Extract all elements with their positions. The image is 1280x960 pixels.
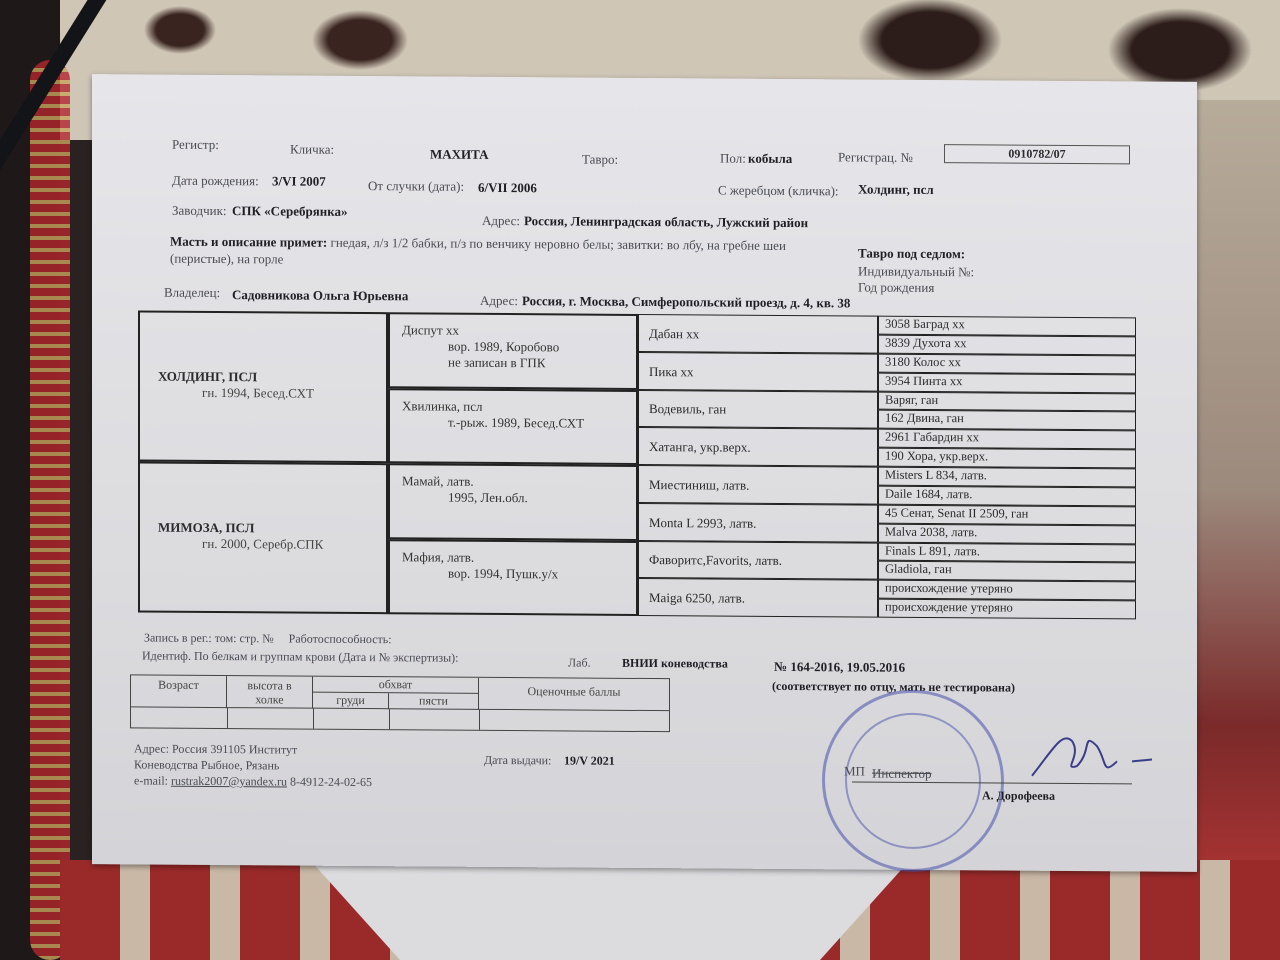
gen4-cell: происхождение утеряно: [878, 599, 1136, 620]
regnum-box: 0910782/07: [944, 144, 1130, 164]
email-link[interactable]: rustrak2007@yandex.ru: [171, 774, 287, 789]
gen4-cell: Gladiola, ган: [878, 561, 1136, 582]
stallion-label: С жеребцом (кличка):: [718, 183, 839, 200]
regnum-label: Регистрац. №: [838, 149, 913, 166]
regnum-value: 0910782/07: [1008, 147, 1065, 161]
brand-label: Тавро:: [582, 152, 618, 168]
lab-label: Лаб.: [568, 655, 591, 670]
issue-date-label: Дата выдачи:: [484, 753, 551, 768]
birth-year-label: Год рождения: [858, 279, 934, 296]
mating-value: 6/VII 2006: [478, 180, 537, 196]
gen4-cell: 190 Хора, укр.верх.: [878, 448, 1136, 469]
email-label: e-mail:: [134, 773, 168, 787]
owner-label: Владелец:: [164, 285, 220, 301]
col-age: Возраст: [131, 675, 227, 708]
grandparent-name: Мамай, латв.: [402, 473, 636, 491]
mating-label: От случки (дата):: [368, 178, 464, 195]
registry-line: Запись в рег.: том: стр. № Работоспособн…: [144, 631, 392, 648]
grandparent-info1: вор. 1994, Пушк.у/х: [402, 565, 636, 583]
gen4-cell: 2961 Габардин хх: [878, 429, 1136, 450]
registry-text: Запись в рег.: том: стр. №: [144, 631, 274, 646]
issue-date-value: 19/V 2021: [564, 753, 615, 768]
gen4-cell: Misters L 834, латв.: [878, 467, 1136, 488]
gen3-cell: Пика хх: [638, 352, 878, 391]
contact-line: e-mail: rustrak2007@yandex.ru 8-4912-24-…: [134, 772, 434, 790]
gen4-cell: 162 Двина, ган: [878, 410, 1136, 431]
grandparent-cell: Диспут ххвор. 1989, Коробовоне записан в…: [388, 312, 638, 389]
workability-label: Работоспособность:: [289, 632, 392, 647]
row-divider: [389, 709, 390, 729]
gen3-cell: Maiga 6250, латв.: [638, 578, 878, 617]
breeder-value: СПК «Серебрянка»: [232, 203, 348, 220]
gen4-cell: Finals L 891, латв.: [878, 542, 1136, 563]
carpet-border: [30, 60, 70, 960]
individual-no-label: Индивидуальный №:: [858, 263, 974, 280]
grandparent-info1: 1995, Лен.обл.: [402, 489, 636, 507]
gen4-cell: 45 Сенат, Senat II 2509, ган: [878, 504, 1136, 525]
gen4-cell: Daile 1684, латв.: [878, 486, 1136, 507]
sire-info: гн. 1994, Бесед.СХТ: [158, 384, 386, 402]
markings-label: Масть и описание примет:: [170, 234, 327, 250]
birth-value: 3/VI 2007: [272, 173, 326, 189]
register-label: Регистр:: [172, 137, 219, 153]
birth-label: Дата рождения:: [172, 173, 259, 190]
sex-label: Пол:: [720, 151, 746, 167]
dam-name: МИМОЗА, ПСЛ: [158, 519, 386, 537]
owner-address-value: Россия, г. Москва, Симферопольский проез…: [522, 293, 850, 311]
col-scores: Оценочные баллы: [479, 678, 669, 711]
gen3-cell: Хатанга, укр.верх.: [638, 427, 878, 466]
col-girth: обхват: [313, 677, 479, 694]
gen3-cell: Фаворитс,Favorits, латв.: [638, 540, 878, 579]
col-height: высота в холке: [227, 676, 313, 709]
gen3-cell: Monta L 2993, латв.: [638, 503, 878, 542]
pedigree-certificate: Регистр: Кличка: МАХИТА Тавро: Пол: кобы…: [92, 74, 1197, 872]
gen3-cell: Миестиниш, латв.: [638, 465, 878, 504]
row-divider: [479, 710, 480, 730]
measurements-table: Возраст высота в холке обхват груди пяст…: [130, 674, 670, 732]
sex-value: кобыла: [748, 151, 792, 167]
grandparent-info1: т.-рыж. 1989, Бесед.СХТ: [402, 414, 636, 432]
sire-name: ХОЛДИНГ, ПСЛ: [158, 368, 386, 386]
pedigree-table: ХОЛДИНГ, ПСЛгн. 1994, Бесед.СХТМИМОЗА, П…: [138, 310, 1138, 619]
grandparent-name: Мафия, латв.: [402, 549, 636, 567]
envelope: [310, 860, 910, 960]
stallion-value: Холдинг, псл: [858, 181, 934, 198]
inspector-label: Инспектор: [872, 766, 932, 782]
gen4-cell: 3839 Духота хх: [878, 335, 1136, 356]
horse-name: МАХИТА: [430, 147, 489, 163]
gen3-cell: Дабан хх: [638, 314, 878, 353]
institute-address: Адрес: Россия 391105 Институт Коневодств…: [134, 740, 434, 790]
gen4-cell: 3058 Баград хх: [878, 316, 1136, 337]
owner-address-label: Адрес:: [480, 293, 518, 309]
stamp-label: МП: [844, 763, 865, 779]
expertise-value: № 164-2016, 19.05.2016: [774, 659, 905, 676]
sire-cell: ХОЛДИНГ, ПСЛгн. 1994, Бесед.СХТ: [138, 310, 388, 463]
col-pastern: пясти: [389, 693, 479, 710]
gen4-cell: происхождение утеряно: [878, 580, 1136, 601]
signature-icon: [1022, 721, 1172, 792]
grandparent-cell: Мамай, латв.1995, Лен.обл.: [388, 463, 638, 540]
dam-cell: МИМОЗА, ПСЛгн. 2000, Серебр.СПК: [138, 461, 388, 614]
markings: Масть и описание примет: гнедая, л/з 1/2…: [170, 233, 830, 272]
col-chest: груди: [313, 693, 389, 710]
grandparent-name: Хвилинка, псл: [402, 398, 636, 416]
saddle-brand-label: Тавро под седлом:: [858, 245, 965, 262]
row-divider: [227, 708, 228, 728]
lab-value: ВНИИ коневодства: [622, 656, 728, 672]
breeder-address-value: Россия, Ленинградская область, Лужский р…: [524, 213, 808, 231]
phone: 8-4912-24-02-65: [290, 775, 372, 790]
grandparent-name: Диспут хх: [402, 322, 636, 340]
ident-label: Идентиф. По белкам и группам крови (Дата…: [142, 648, 459, 665]
gen4-cell: 3180 Колос хх: [878, 353, 1136, 374]
grandparent-info2: не записан в ГПК: [402, 354, 636, 372]
gen4-cell: Варяг, ган: [878, 391, 1136, 412]
grandparent-cell: Хвилинка, пслт.-рыж. 1989, Бесед.СХТ: [388, 388, 638, 465]
breeder-address-label: Адрес:: [482, 213, 520, 229]
grandparent-cell: Мафия, латв.вор. 1994, Пушк.у/х: [388, 539, 638, 616]
owner-value: Садовникова Ольга Юрьевна: [232, 287, 408, 304]
carpet-right: [1195, 100, 1280, 880]
row-divider: [313, 709, 314, 729]
gen3-cell: Водевиль, ган: [638, 389, 878, 428]
name-label: Кличка:: [290, 142, 334, 158]
grandparent-info1: вор. 1989, Коробово: [402, 338, 636, 356]
dam-info: гн. 2000, Серебр.СПК: [158, 535, 386, 553]
breeder-label: Заводчик:: [172, 203, 227, 219]
gen4-cell: 3954 Пинта хх: [878, 372, 1136, 393]
gen4-cell: Malva 2038, латв.: [878, 523, 1136, 544]
